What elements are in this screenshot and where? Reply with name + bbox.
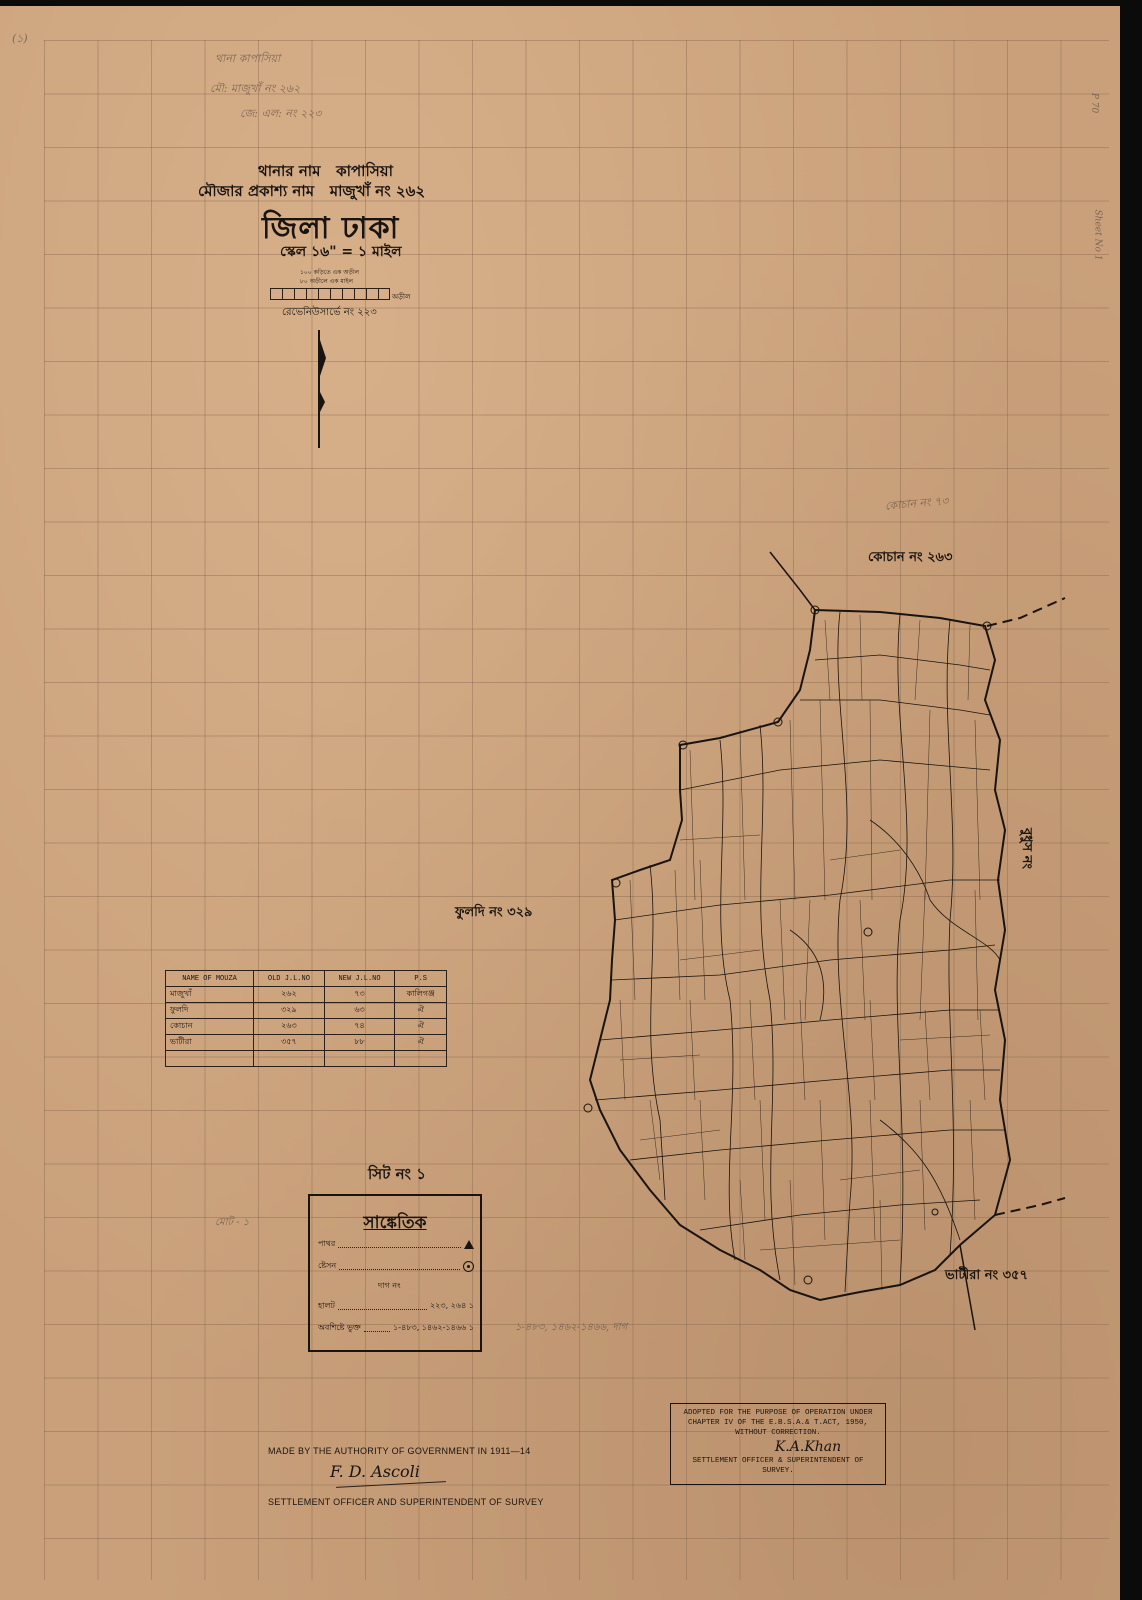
legend-label: দাগ নং	[378, 1280, 401, 1293]
triangle-icon	[464, 1240, 474, 1249]
cell-name: ফুলদি	[166, 1003, 254, 1019]
cell-old-jl: ৩৫৭	[254, 1035, 325, 1051]
legend-value: ২২৩, ২৬৪ ১	[430, 1300, 474, 1313]
col-header-old-jl: OLD J.L.NO	[254, 971, 325, 987]
legend-item-halot: হালট২২৩, ২৬৪ ১	[318, 1300, 474, 1313]
station-circle-icon	[463, 1261, 474, 1272]
made-by-authority: MADE BY THE AUTHORITY OF GOVERNMENT IN 1…	[268, 1446, 531, 1456]
col-header-new-jl: NEW J.L.NO	[324, 971, 395, 987]
adoption-stamp: ADOPTED FOR THE PURPOSE OF OPERATION UND…	[670, 1403, 886, 1485]
legend-item-plot-no: দাগ নং	[318, 1280, 474, 1293]
cell-new-jl: ৮৮	[324, 1035, 395, 1051]
scan-border-right	[1120, 0, 1142, 1600]
table-row: কোচান ২৬৩ ৭৪ ঐ	[166, 1019, 447, 1035]
table-header-row: NAME OF MOUZA OLD J.L.NO NEW J.L.NO P.S	[166, 971, 447, 987]
cell-old-jl: ২৬২	[254, 987, 325, 1003]
neighbor-east-label: বুধুস নং	[1015, 828, 1036, 869]
cell-name: মাজুখাঁ	[166, 987, 254, 1003]
col-header-name: NAME OF MOUZA	[166, 971, 254, 987]
signature-ascoli: F. D. Ascoli	[330, 1462, 420, 1481]
cell-ps: ঐ	[395, 1019, 447, 1035]
legend-label: পাথর	[318, 1238, 335, 1251]
cell-new-jl: ৭৩	[324, 987, 395, 1003]
legend-item-station: ষ্টেসন	[318, 1260, 474, 1273]
mouza-reference-table: NAME OF MOUZA OLD J.L.NO NEW J.L.NO P.S …	[165, 970, 447, 1067]
table-row: মাজুখাঁ ২৬২ ৭৩ কালিগঞ্জ	[166, 987, 447, 1003]
table-row-empty	[166, 1051, 447, 1067]
sheet-number: সিট নং ১	[368, 1163, 426, 1188]
neighbor-north-label: কোচান নং ২৬৩	[868, 548, 952, 569]
legend-value: ১-৪৮৩, ১৪৬২-১৪৬৬ ১	[393, 1322, 474, 1335]
mouza-plot-map	[0, 0, 1142, 1600]
neighbor-west-label: ফুলদি নং ৩২৯	[455, 903, 532, 924]
map-legend: সাঙ্কেতিক পাথর ষ্টেসন দাগ নং হালট২২৩, ২৬…	[308, 1194, 482, 1352]
neighbor-south-label: ভাটীরা নং ৩৫৭	[945, 1266, 1028, 1287]
table-row: ফুলদি ৩২৯ ৬৩ ঐ	[166, 1003, 447, 1019]
table-row: ভাটীরা ৩৫৭ ৮৮ ঐ	[166, 1035, 447, 1051]
cell-old-jl: ২৬৩	[254, 1019, 325, 1035]
cell-ps: ঐ	[395, 1035, 447, 1051]
cell-new-jl: ৬৩	[324, 1003, 395, 1019]
adoption-text: ADOPTED FOR THE PURPOSE OF OPERATION UND…	[671, 1408, 885, 1438]
legend-item-stone: পাথর	[318, 1238, 474, 1251]
settlement-officer-1: SETTLEMENT OFFICER AND SUPERINTENDENT OF…	[268, 1497, 544, 1507]
legend-label: অবশিষ্টে ভুক্ত	[318, 1322, 361, 1335]
cell-old-jl: ৩২৯	[254, 1003, 325, 1019]
mouza-boundary	[590, 610, 1010, 1300]
cell-name: ভাটীরা	[166, 1035, 254, 1051]
cell-new-jl: ৭৪	[324, 1019, 395, 1035]
cell-ps: কালিগঞ্জ	[395, 987, 447, 1003]
legend-title: সাঙ্কেতিক	[310, 1210, 480, 1238]
legend-label: ষ্টেসন	[318, 1260, 336, 1273]
col-header-ps: P.S	[395, 971, 447, 987]
legend-label: হালট	[318, 1300, 335, 1313]
cell-ps: ঐ	[395, 1003, 447, 1019]
cell-name: কোচান	[166, 1019, 254, 1035]
settlement-officer-2: SETTLEMENT OFFICER & SUPERINTENDENT OF S…	[671, 1456, 885, 1476]
map-sheet: (১) থানা কাপাসিয়া মৌ: মাজুখাঁ নং ২৬২ জে…	[0, 0, 1142, 1600]
signature-khan: K.A.Khan	[671, 1438, 885, 1456]
scan-border-top	[0, 0, 1142, 6]
legend-item-remainder: অবশিষ্টে ভুক্ত১-৪৮৩, ১৪৬২-১৪৬৬ ১	[318, 1322, 474, 1335]
